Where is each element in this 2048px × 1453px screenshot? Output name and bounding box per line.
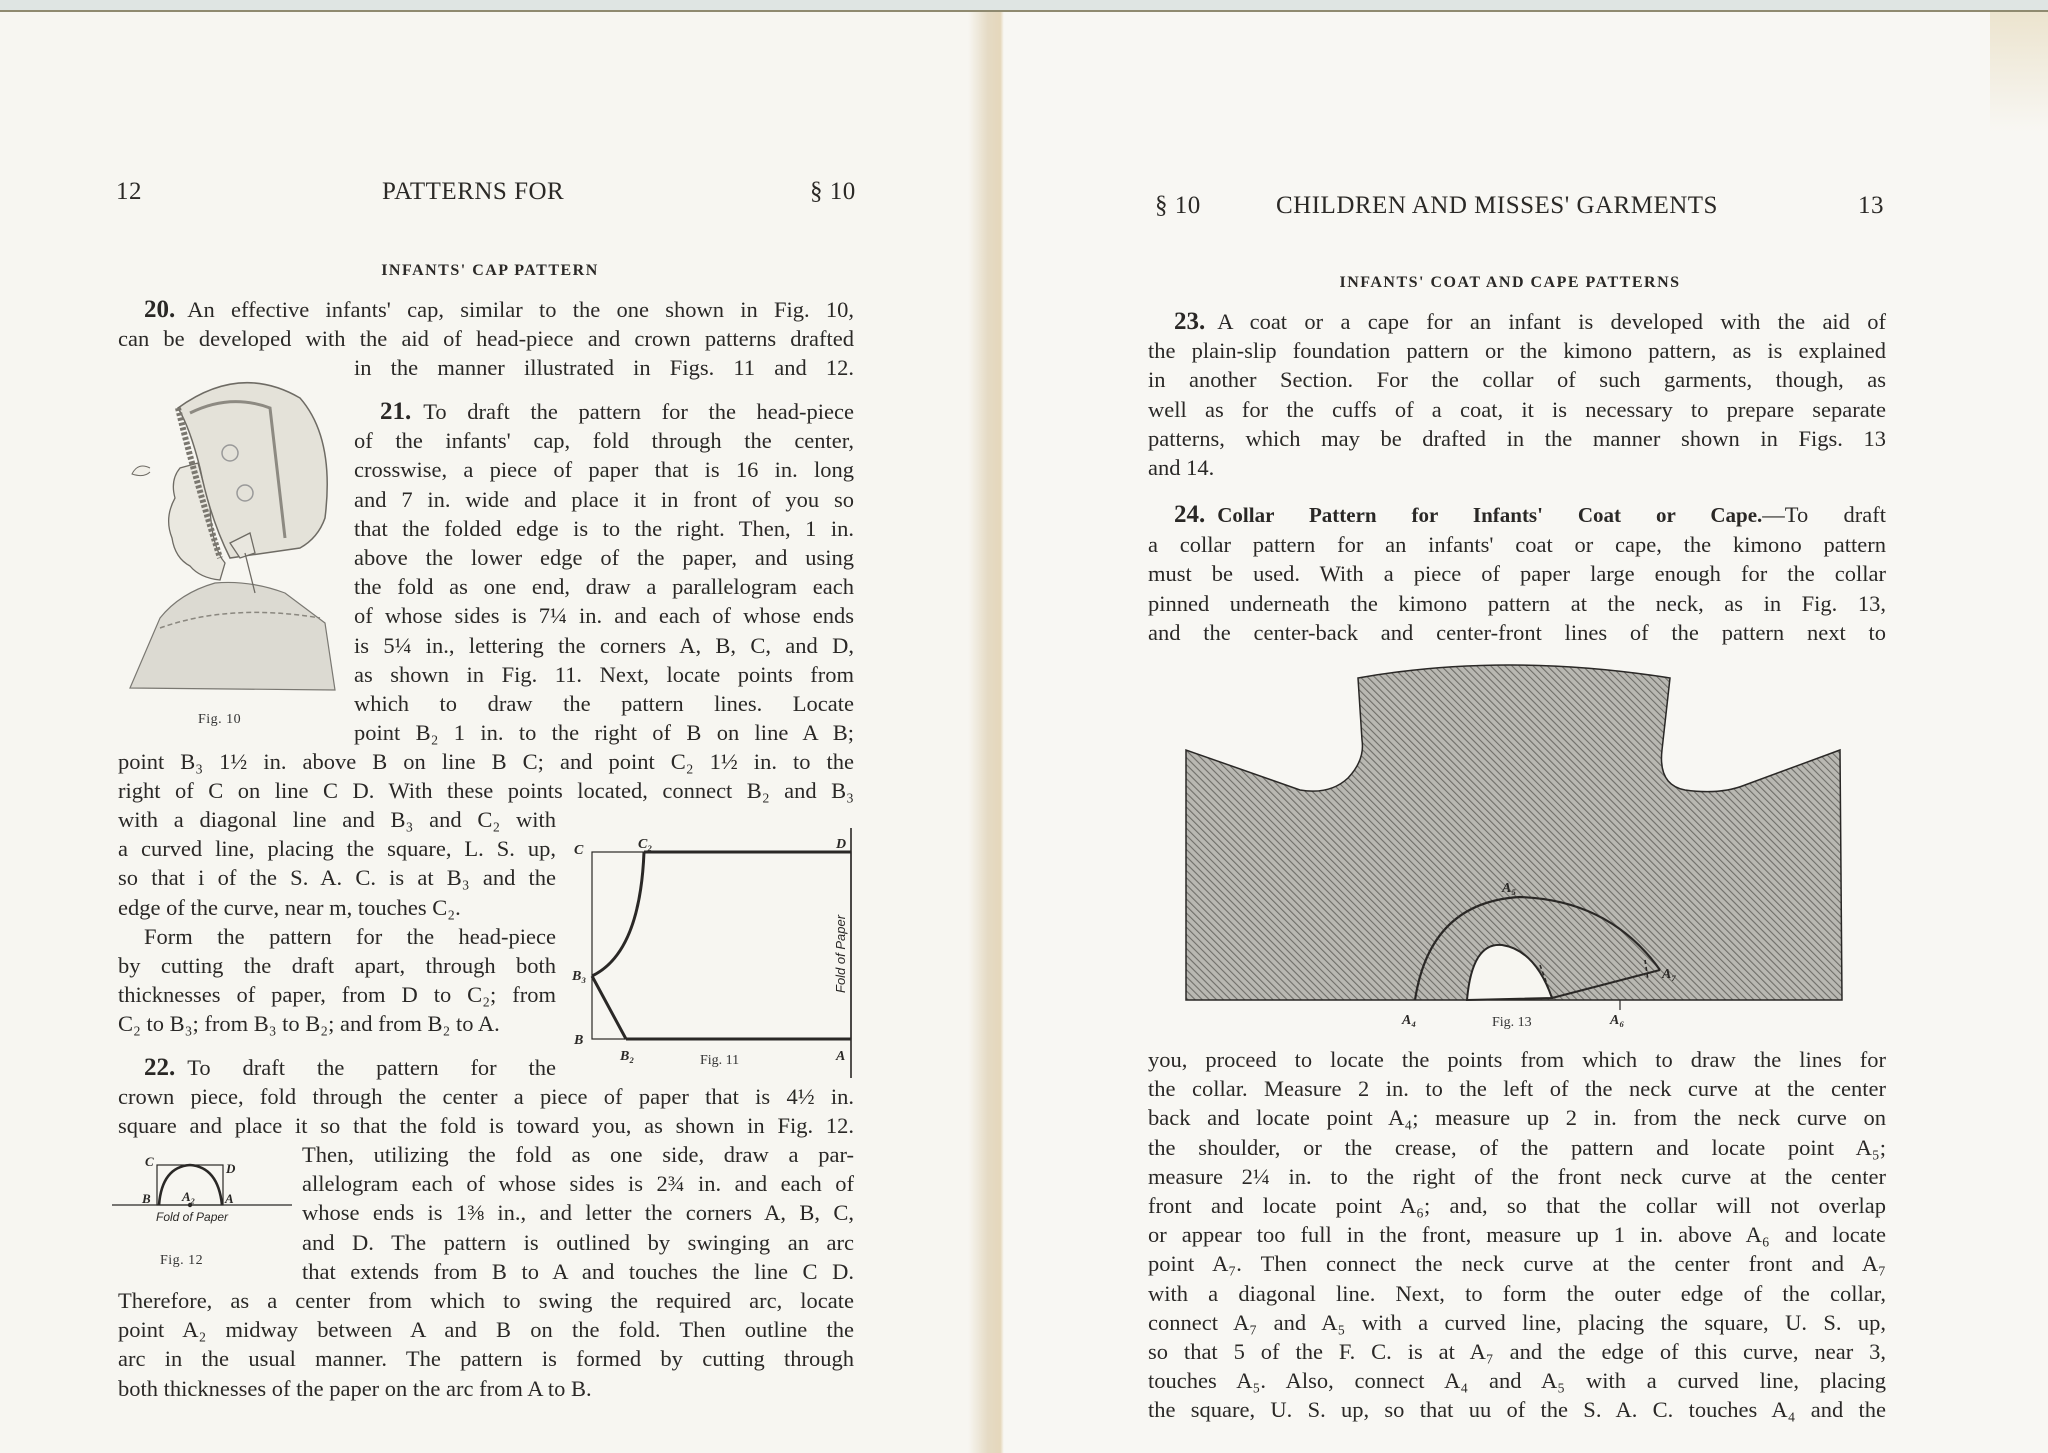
fig12-label-A2: A₂ xyxy=(181,1189,195,1204)
fig11-label-C: C xyxy=(574,843,584,858)
fig11-label-B: B xyxy=(573,1033,583,1048)
book-spine xyxy=(968,12,1004,1453)
section-heading-cap: INFANTS' CAP PATTERN xyxy=(300,262,680,280)
running-title-left: PATTERNS FOR xyxy=(382,178,564,206)
fig11-label-D: D xyxy=(835,837,846,852)
paragraph-20-end: in the manner illustrated in Figs. 11 an… xyxy=(354,353,854,382)
fig12-label-B: B xyxy=(141,1191,151,1206)
fig13-label-A4: A₄ xyxy=(1401,1013,1416,1028)
fig11-label-A: A xyxy=(835,1049,845,1064)
paragraph-title: Collar Pattern for Infants' Coat or Cape… xyxy=(1217,503,1762,527)
fig10-caption: Fig. 10 xyxy=(198,712,241,728)
fig11-label-C2: C₂ xyxy=(638,837,652,852)
fig12-crown-draft: C D B A₂ A Fold of Paper xyxy=(112,1155,292,1265)
paragraph-22-cont: crown piece, fold through the center a p… xyxy=(118,1082,854,1140)
fig11-fold-label: Fold of Paper xyxy=(833,914,848,993)
paragraph-number: 22. xyxy=(144,1054,175,1081)
section-mark-right: § 10 xyxy=(1155,192,1201,220)
fig10-bonnet-illustration xyxy=(120,368,342,698)
fig12-label-D: D xyxy=(225,1161,236,1176)
fig13-label-A5: A₅ xyxy=(1501,881,1516,896)
fig13-label-A6: A₆ xyxy=(1609,1013,1624,1028)
paragraph-22-beside-fig12: Then, utilizing the fold as one side, dr… xyxy=(302,1140,854,1286)
fig13-collar-draft: A₅ A₇ A₄ A₆ Fig. 13 xyxy=(1180,660,1860,1030)
scan-top-edge xyxy=(0,0,2048,12)
paragraph-22-end: Therefore, as a center from which to swi… xyxy=(118,1286,854,1403)
page-corner-shade xyxy=(1990,12,2048,132)
paragraph-21-cont: point B₃ 1½ in. above B on line B C; and… xyxy=(118,747,854,805)
running-title-right: CHILDREN AND MISSES' GARMENTS xyxy=(1276,192,1718,220)
fig11-label-B3: B₃ xyxy=(571,969,586,984)
paragraph-number: 23. xyxy=(1174,308,1205,335)
paragraph-22: 22.To draft the pattern for the xyxy=(118,1053,556,1082)
paragraph-24-cont: you, proceed to locate the points from w… xyxy=(1148,1045,1886,1425)
fig12-label-C: C xyxy=(145,1155,154,1169)
fig12-fold-label: Fold of Paper xyxy=(156,1210,229,1224)
section-heading-coat: INFANTS' COAT AND CAPE PATTERNS xyxy=(1260,274,1760,292)
paragraph-20: 20.An effective infants' cap, similar to… xyxy=(118,295,854,353)
fig12-label-A: A xyxy=(224,1191,234,1206)
paragraph-24: 24.Collar Pattern for Infants' Coat or C… xyxy=(1148,500,1886,647)
fig12-caption: Fig. 12 xyxy=(160,1253,203,1269)
paragraph-number: 20. xyxy=(144,296,175,323)
paragraph-23: 23.A coat or a cape for an infant is dev… xyxy=(1148,307,1886,482)
fig11-headpiece-draft: C C₂ D B₃ B B₂ A Fold of Paper Fig. 11 xyxy=(570,828,860,1078)
fig13-caption: Fig. 13 xyxy=(1492,1015,1532,1030)
fig11-caption: Fig. 11 xyxy=(700,1053,739,1068)
paragraph-number: 24. xyxy=(1174,501,1205,528)
paragraph-21-beside-fig11: with a diagonal line and B₃ and C₂ with … xyxy=(118,805,556,1039)
fig13-label-A7: A₇ xyxy=(1661,967,1676,982)
section-mark-left: § 10 xyxy=(810,178,856,206)
paragraph-number: 21. xyxy=(380,398,411,425)
page-number-right: 13 xyxy=(1858,192,1884,220)
page-number-left: 12 xyxy=(116,178,142,206)
paragraph-21: 21.To draft the pattern for the head-pie… xyxy=(354,397,854,747)
fig11-label-B2: B₂ xyxy=(619,1049,634,1064)
